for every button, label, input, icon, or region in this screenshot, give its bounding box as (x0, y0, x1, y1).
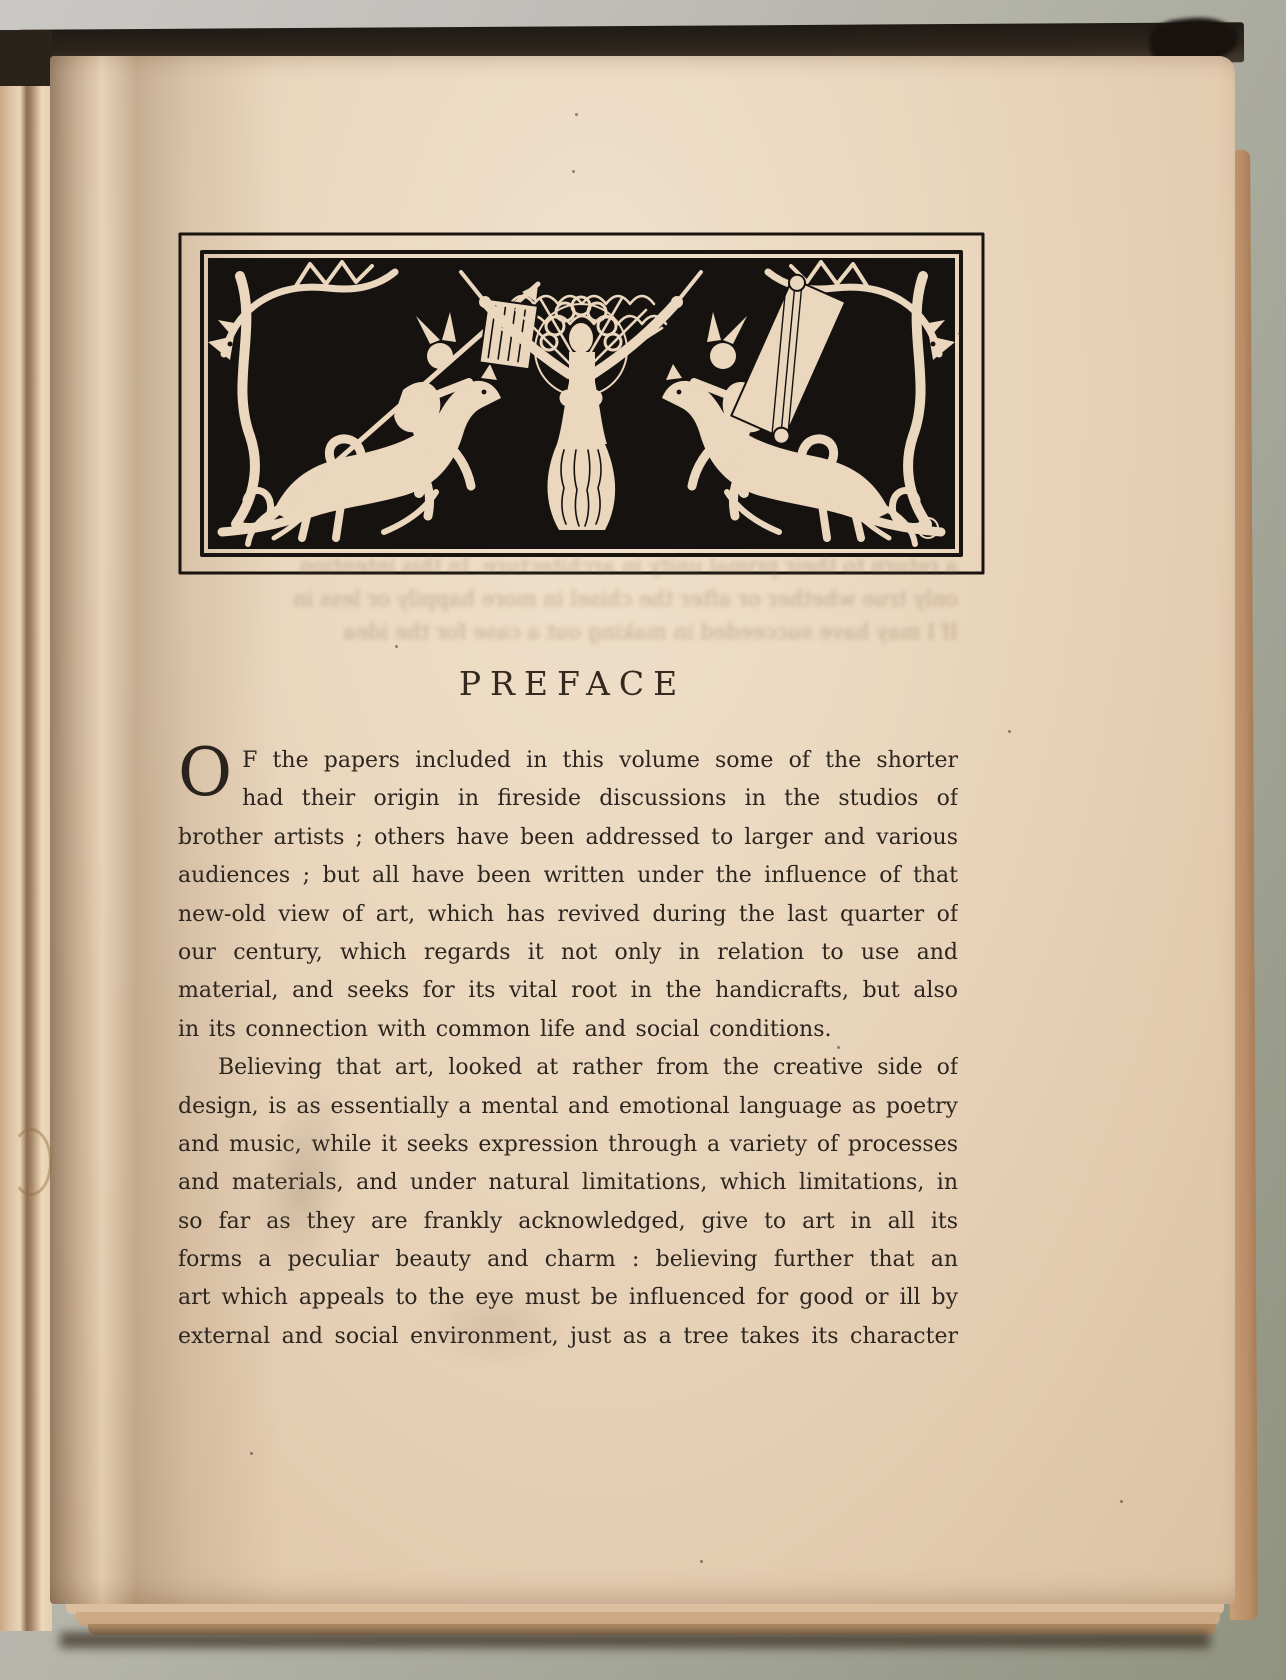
text-line: audiences ; but all have been written un… (178, 857, 958, 895)
book-page: C a return to their primal unity in arch… (50, 56, 1235, 1604)
page-smudge (420, 1286, 570, 1366)
paragraph: OF the papers included in this volume so… (178, 742, 958, 1049)
text-line: our century, which regards it not only i… (178, 934, 958, 972)
text-line: in its connection with common life and s… (178, 1011, 958, 1049)
headpiece-illustration: C (178, 232, 985, 575)
text-line: Believing that art, looked at rather fro… (178, 1049, 958, 1087)
page-title: PREFACE (178, 664, 958, 703)
text-line: had their origin in fireside discussions… (242, 780, 958, 818)
text-line: new-old view of art, which has revived d… (178, 896, 958, 934)
text-line: brother artists ; others have been addre… (178, 819, 958, 857)
dropcap-letter: O (178, 742, 242, 816)
showthrough-line: only true whether or after the chisel in… (178, 587, 958, 620)
facing-page-edge (0, 86, 52, 1631)
book-drop-shadow (60, 1632, 1210, 1648)
showthrough-line: a return to their primal unity in archit… (178, 554, 958, 587)
paper-speck (572, 170, 575, 173)
scanner-background: C a return to their primal unity in arch… (0, 0, 1286, 1680)
paper-speck (250, 1452, 253, 1455)
showthrough-line: If I may have succeeded in making out a … (178, 620, 958, 653)
paper-speck (1120, 1500, 1123, 1503)
text-line: F the papers included in this volume som… (242, 742, 958, 780)
artist-monogram: C (923, 522, 933, 537)
ring-blemish (10, 1128, 52, 1196)
paper-speck (395, 645, 398, 648)
showthrough-text: a return to their primal unity in archit… (178, 554, 958, 653)
text-line: material, and seeks for its vital root i… (178, 972, 958, 1010)
paper-speck (1008, 730, 1011, 733)
paper-speck (700, 1560, 703, 1563)
paper-speck (837, 1046, 840, 1049)
paper-speck (575, 113, 578, 116)
paper-speck (958, 332, 961, 335)
